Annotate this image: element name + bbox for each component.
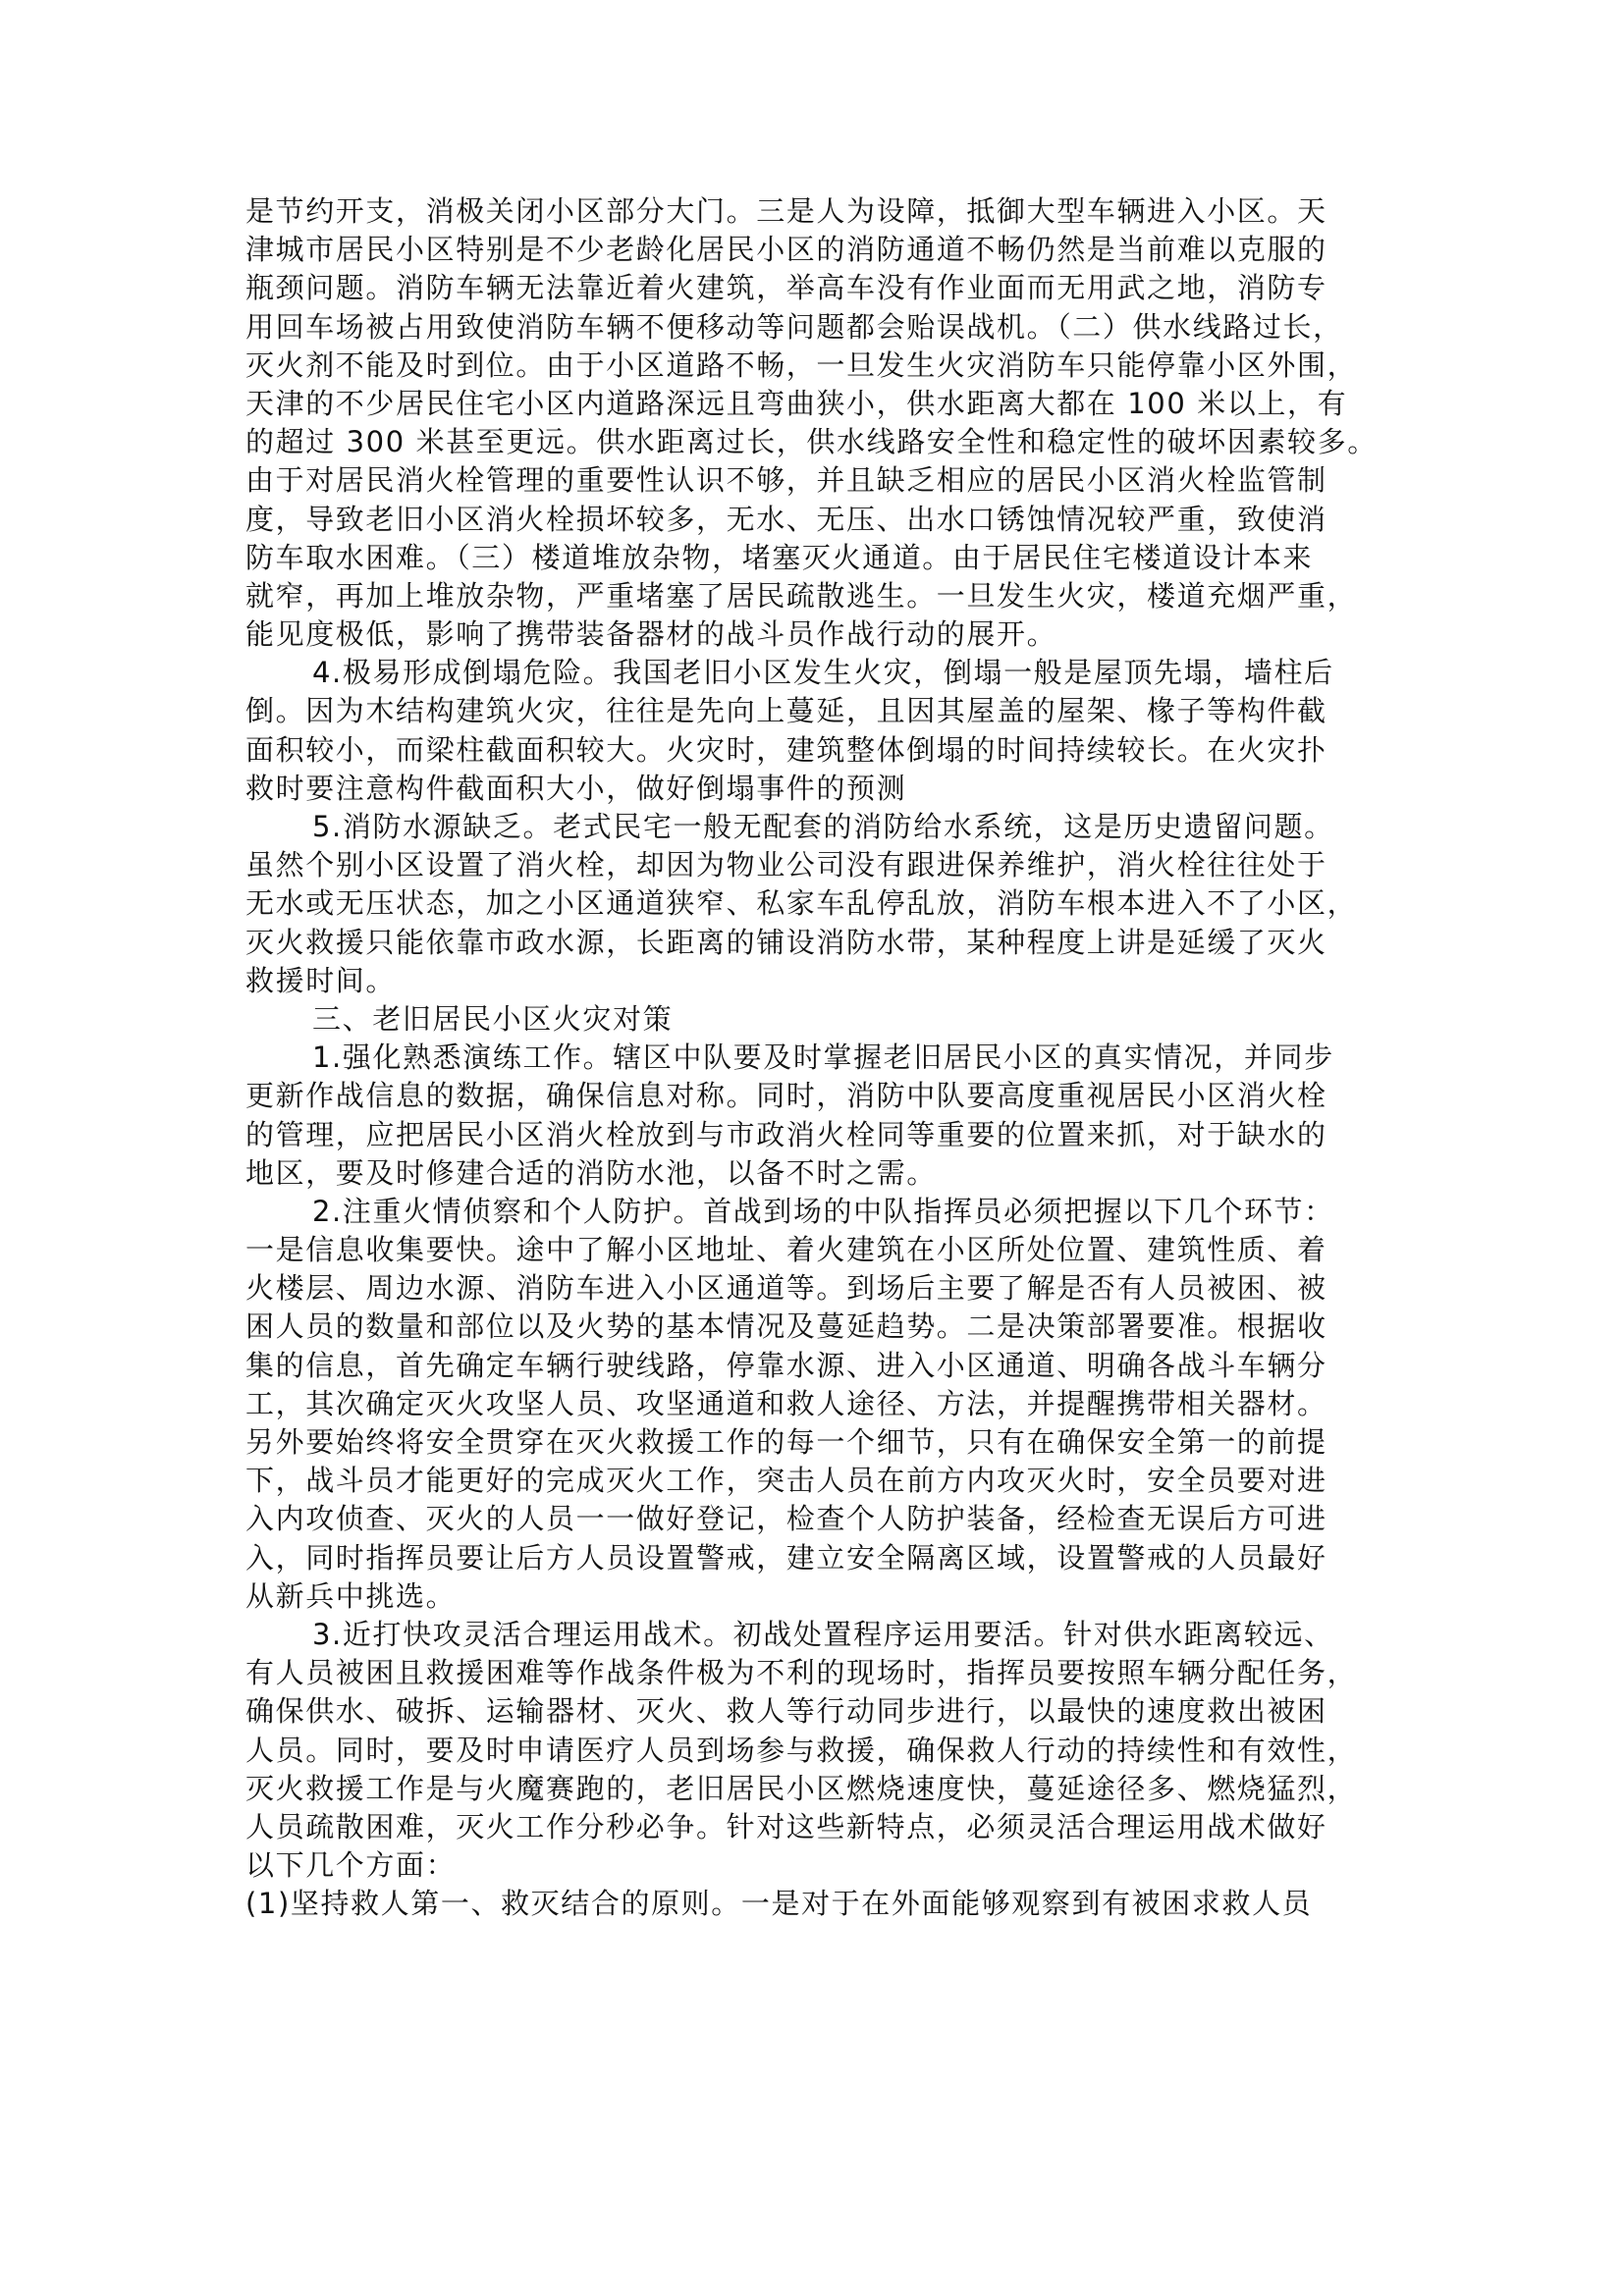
text-line: 更新作战信息的数据，确保信息对称。同时，消防中队要高度重视居民小区消火栓 [245,1077,1384,1115]
text-line: 的超过 300 米甚至更远。供水距离过长，供水线路安全性和稳定性的破坏因素较多。 [245,423,1384,461]
text-line: 灭火救援只能依靠市政水源，长距离的铺设消防水带，某种程度上讲是延缓了灭火 [245,924,1384,962]
paragraph-start-line: 1.强化熟悉演练工作。辖区中队要及时掌握老旧居民小区的真实情况，并同步 [245,1039,1384,1077]
text-line: 用回车场被占用致使消防车辆不便移动等问题都会贻误战机。（二）供水线路过长， [245,308,1384,347]
text-line: (1)坚持救人第一、救灭结合的原则。一是对于在外面能够观察到有被困求救人员 [245,1885,1384,1923]
text-line: 由于对居民消火栓管理的重要性认识不够，并且缺乏相应的居民小区消火栓监管制 [245,461,1384,500]
text-line: 困人员的数量和部位以及火势的基本情况及蔓延趋势。二是决策部署要准。根据收 [245,1308,1384,1346]
text-line: 有人员被困且救援困难等作战条件极为不利的现场时，指挥员要按照车辆分配任务， [245,1654,1384,1692]
text-line: 能见度极低，影响了携带装备器材的战斗员作战行动的展开。 [245,615,1384,654]
text-line: 下，战斗员才能更好的完成灭火工作，突击人员在前方内攻灭火时，安全员要对进 [245,1462,1384,1500]
text-line: 从新兵中挑选。 [245,1577,1384,1616]
text-line: 集的信息，首先确定车辆行驶线路，停靠水源、进入小区通道、明确各战斗车辆分 [245,1347,1384,1385]
text-line: 入内攻侦查、灭火的人员一一做好登记，检查个人防护装备，经检查无误后方可进 [245,1500,1384,1538]
text-line: 瓶颈问题。消防车辆无法靠近着火建筑，举高车没有作业面而无用武之地，消防专 [245,269,1384,307]
text-line: 救时要注意构件截面积大小，做好倒塌事件的预测 [245,770,1384,808]
text-line: 天津的不少居民住宅小区内道路深远且弯曲狭小，供水距离大都在 100 米以上，有 [245,385,1384,423]
text-line: 救援时间。 [245,962,1384,1000]
section-heading: 三、老旧居民小区火灾对策 [245,1000,1384,1039]
text-line: 人员疏散困难，灭火工作分秒必争。针对这些新特点，必须灵活合理运用战术做好 [245,1808,1384,1846]
paragraph-start-line: 3.近打快攻灵活合理运用战术。初战处置程序运用要活。针对供水距离较远、 [245,1616,1384,1654]
text-line: 一是信息收集要快。途中了解小区地址、着火建筑在小区所处位置、建筑性质、着 [245,1231,1384,1269]
text-line: 津城市居民小区特别是不少老龄化居民小区的消防通道不畅仍然是当前难以克服的 [245,231,1384,269]
text-line: 是节约开支，消极关闭小区部分大门。三是人为设障，抵御大型车辆进入小区。天 [245,192,1384,231]
paragraph-start-line: 4.极易形成倒塌危险。我国老旧小区发生火灾，倒塌一般是屋顶先塌，墙柱后 [245,654,1384,692]
paragraph-start-line: 5.消防水源缺乏。老式民宅一般无配套的消防给水系统，这是历史遗留问题。 [245,808,1384,846]
text-line: 无水或无压状态，加之小区通道狭窄、私家车乱停乱放，消防车根本进入不了小区， [245,884,1384,923]
text-line: 倒。因为木结构建筑火灾，往往是先向上蔓延，且因其屋盖的屋架、椽子等构件截 [245,692,1384,730]
text-line: 工，其次确定灭火攻坚人员、攻坚通道和救人途径、方法，并提醒携带相关器材。 [245,1385,1384,1423]
document-page: 是节约开支，消极关闭小区部分大门。三是人为设障，抵御大型车辆进入小区。天 津城市… [245,192,1384,1923]
text-line: 防车取水困难。（三）楼道堆放杂物，堵塞灭火通道。由于居民住宅楼道设计本来 [245,539,1384,577]
text-line: 确保供水、破拆、运输器材、灭火、救人等行动同步进行，以最快的速度救出被困 [245,1692,1384,1731]
text-line: 灭火救援工作是与火魔赛跑的，老旧居民小区燃烧速度快，蔓延途径多、燃烧猛烈， [245,1770,1384,1808]
text-line: 人员。同时，要及时申请医疗人员到场参与救援，确保救人行动的持续性和有效性， [245,1732,1384,1770]
text-line: 度，导致老旧小区消火栓损坏较多，无水、无压、出水口锈蚀情况较严重，致使消 [245,501,1384,539]
text-line: 地区，要及时修建合适的消防水池，以备不时之需。 [245,1154,1384,1193]
text-line: 灭火剂不能及时到位。由于小区道路不畅，一旦发生火灾消防车只能停靠小区外围， [245,347,1384,385]
text-line: 就窄，再加上堆放杂物，严重堵塞了居民疏散逃生。一旦发生火灾，楼道充烟严重， [245,577,1384,615]
text-line: 火楼层、周边水源、消防车进入小区通道等。到场后主要了解是否有人员被困、被 [245,1269,1384,1308]
text-line: 以下几个方面： [245,1846,1384,1885]
text-line: 入，同时指挥员要让后方人员设置警戒，建立安全隔离区域，设置警戒的人员最好 [245,1539,1384,1577]
text-line: 面积较小，而梁柱截面积较大。火灾时，建筑整体倒塌的时间持续较长。在火灾扑 [245,731,1384,770]
text-line: 另外要始终将安全贯穿在灭火救援工作的每一个细节，只有在确保安全第一的前提 [245,1423,1384,1462]
paragraph-start-line: 2.注重火情侦察和个人防护。首战到场的中队指挥员必须把握以下几个环节： [245,1193,1384,1231]
text-line: 的管理，应把居民小区消火栓放到与市政消火栓同等重要的位置来抓，对于缺水的 [245,1116,1384,1154]
text-line: 虽然个别小区设置了消火栓，却因为物业公司没有跟进保养维护，消火栓往往处于 [245,846,1384,884]
